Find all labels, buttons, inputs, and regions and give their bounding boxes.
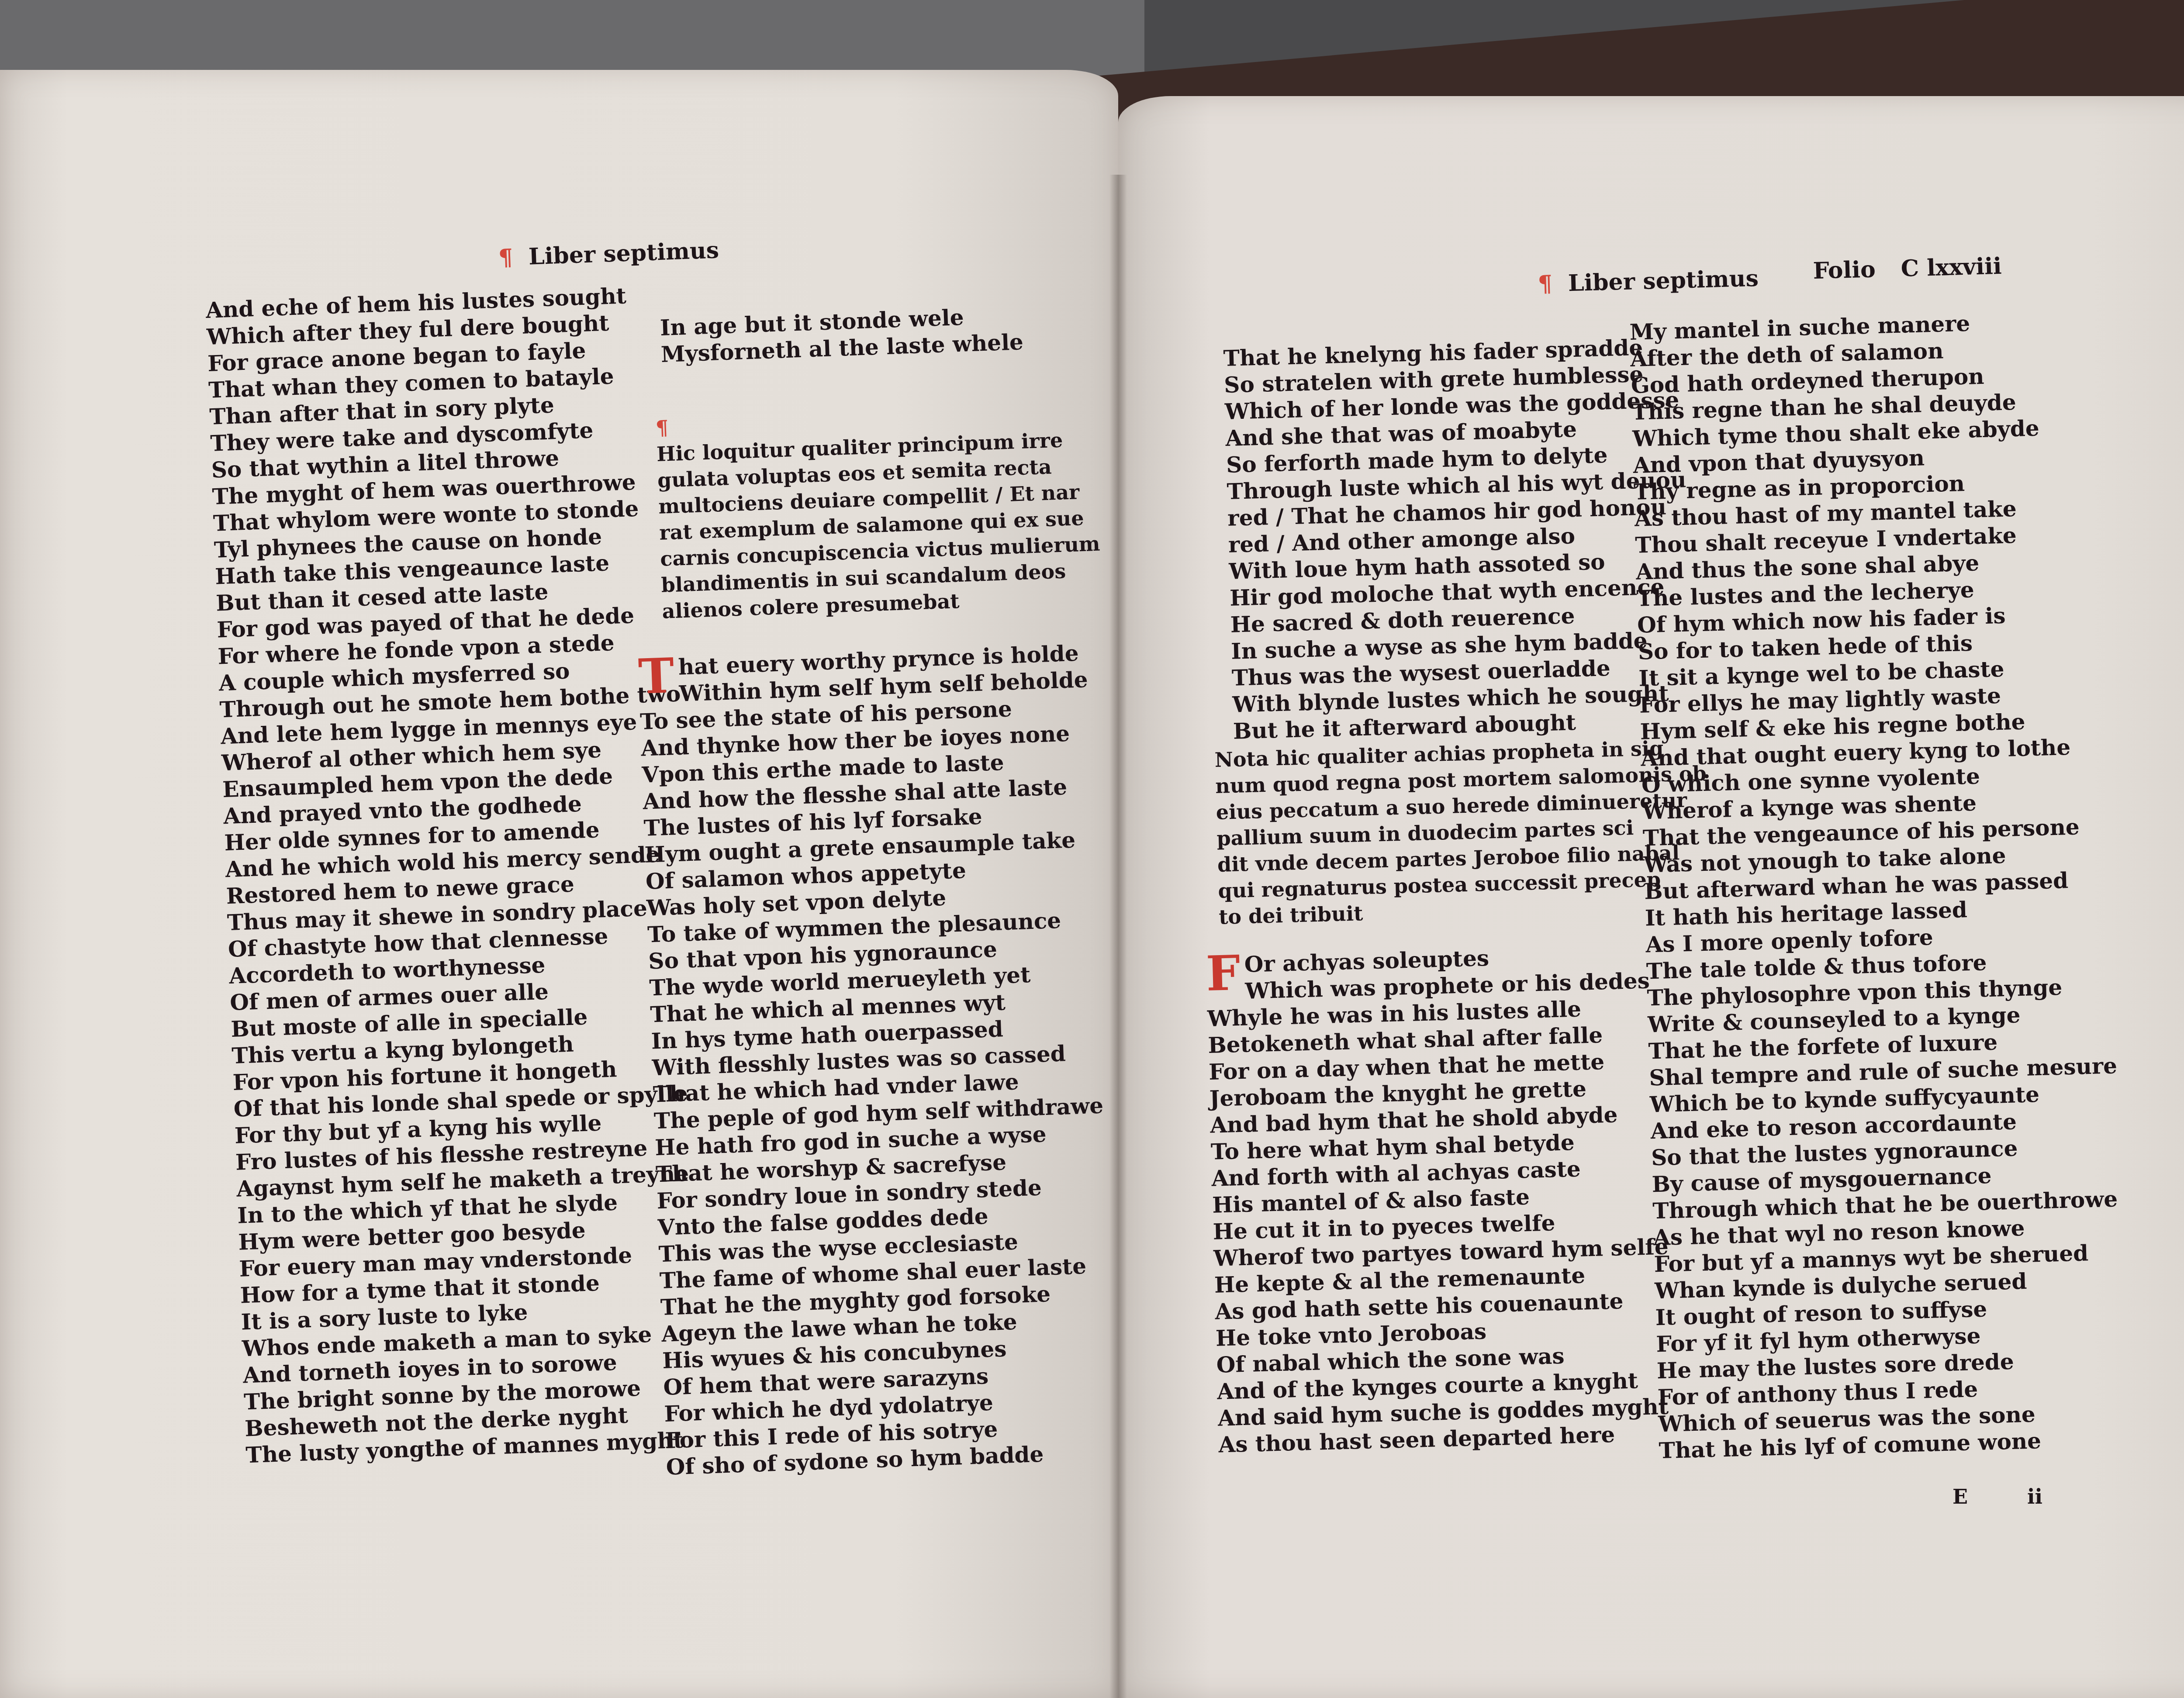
right-page-column-1-verse: F Or achyas soleuptesWhich was prophete … — [1206, 940, 1674, 1458]
pilcrow-icon: ¶ — [655, 416, 669, 440]
right-page-column-1-top: That he knelyng his fader spraddeSo stra… — [1223, 333, 1693, 744]
pilcrow-icon: ¶ — [1538, 270, 1553, 297]
latin-note: Nota hic qualiter achias propheta in sig… — [1214, 734, 1710, 930]
folio-label: Folio — [1813, 256, 1876, 284]
folio-value: C lxxviii — [1901, 253, 2002, 282]
red-initial: T — [638, 654, 675, 699]
pilcrow-icon: ¶ — [498, 244, 513, 271]
signature-mark: E ii — [1952, 1485, 2042, 1508]
signature-number: ii — [2027, 1485, 2042, 1508]
latin-rubric: ¶ Hic loquitur qualiter principum irregu… — [655, 400, 1102, 625]
folio-number: Folio C lxxviii — [1813, 253, 2002, 284]
running-head-title: Liber septimus — [1568, 265, 1759, 297]
red-initial: F — [1206, 951, 1241, 996]
right-page-column-2: My mantel in suche manereAfter the deth … — [1629, 307, 2127, 1464]
book-gutter — [1109, 175, 1127, 1698]
left-page-column-2-verse: T hat euery worthy prynce is holdeWithin… — [638, 639, 1116, 1481]
left-page-column-1: And eche of hem his lustes soughtWhich a… — [205, 281, 707, 1468]
signature-letter: E — [1952, 1485, 1968, 1508]
